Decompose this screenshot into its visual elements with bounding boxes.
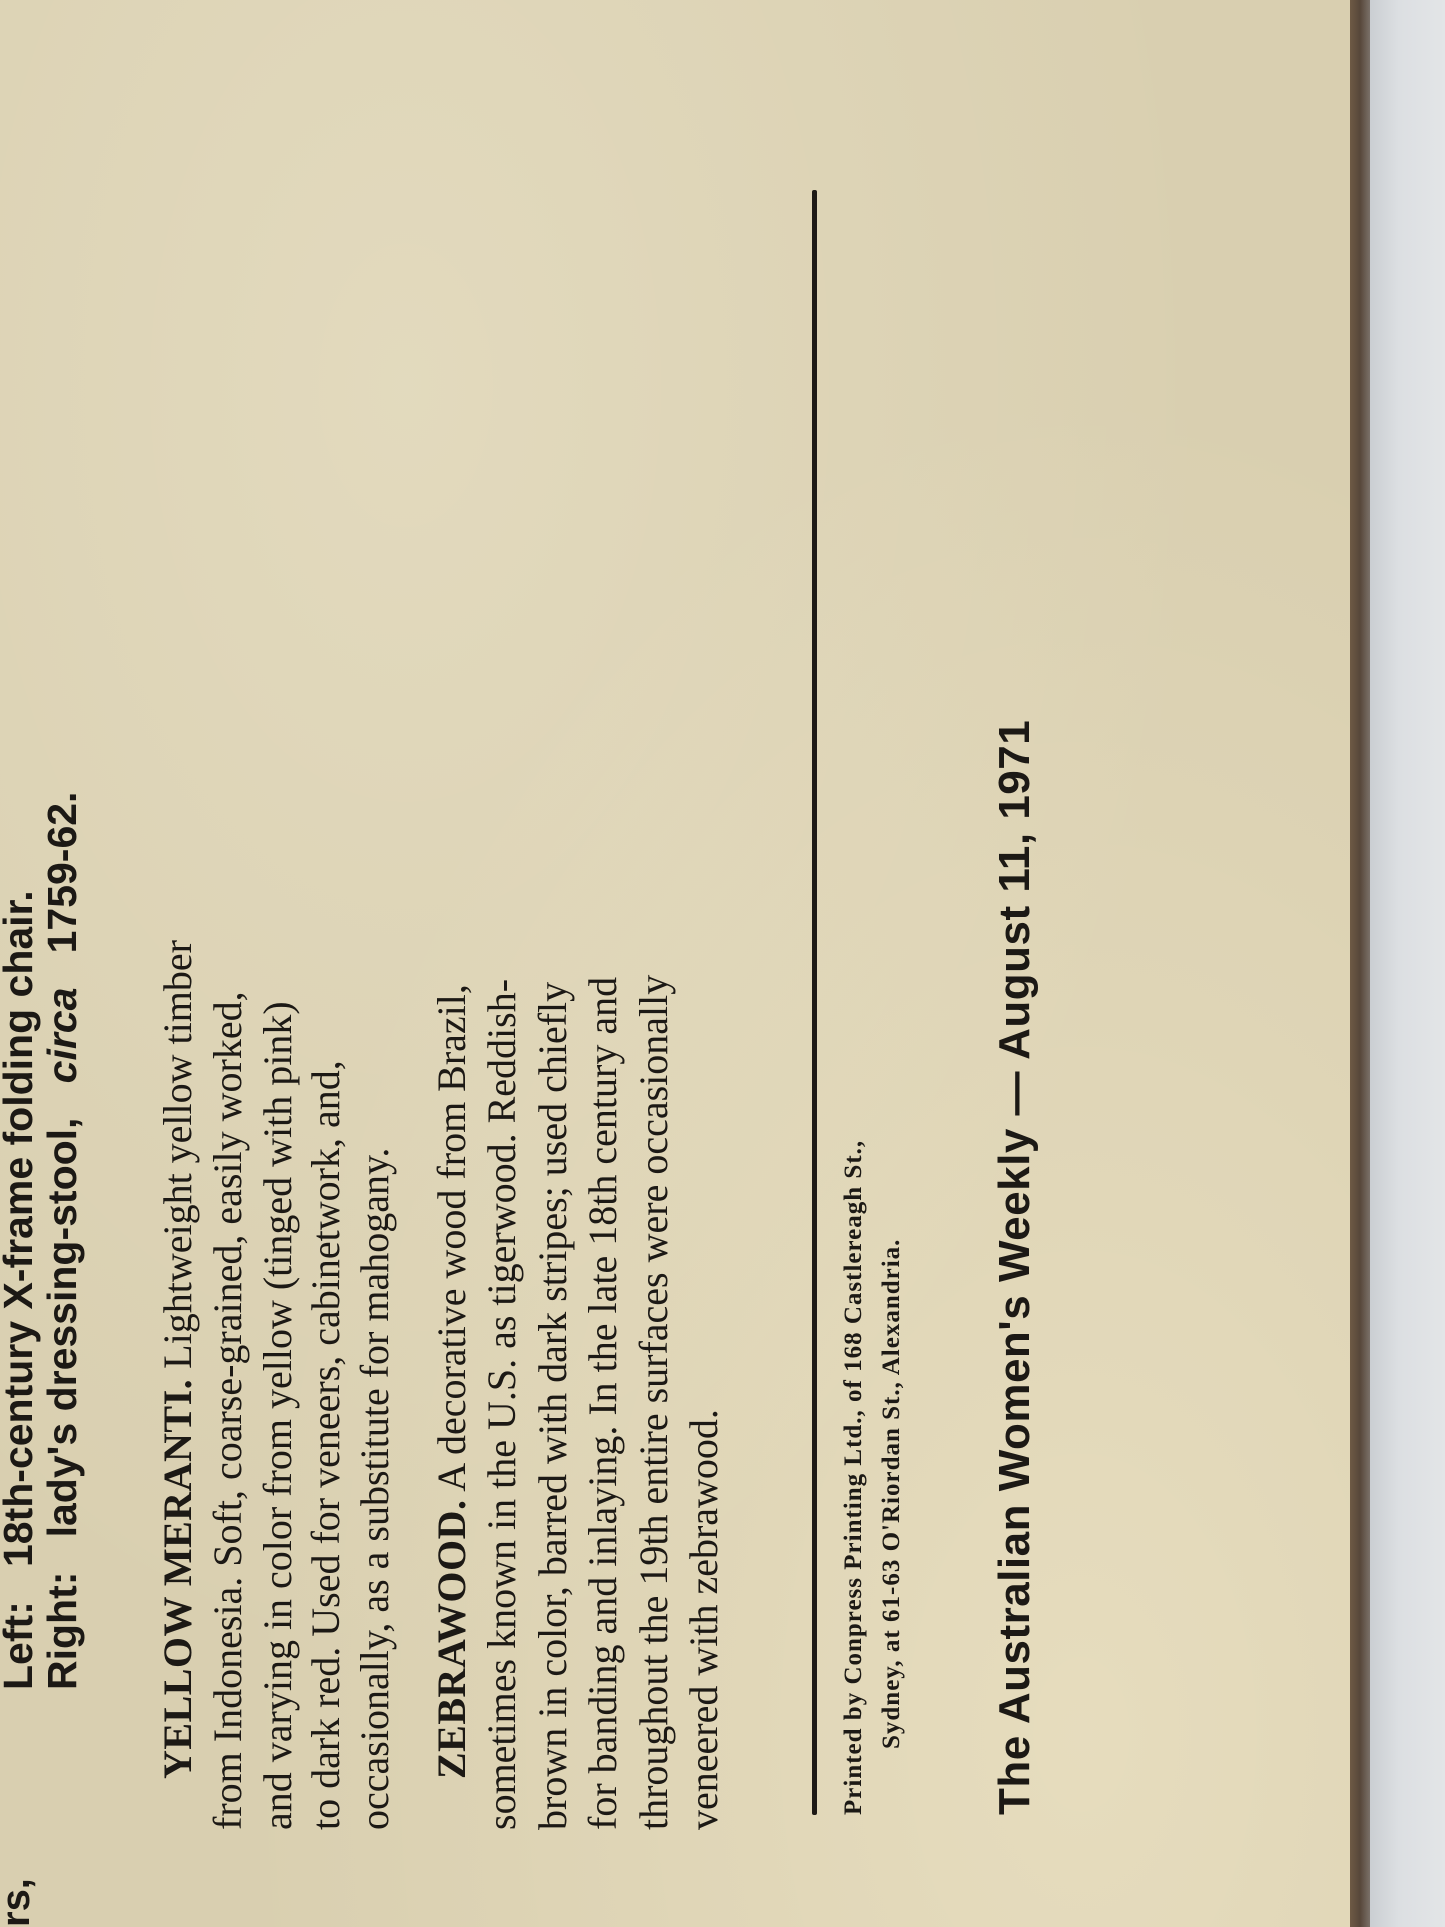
rotated-page-content: rs, Left: 18th-century X-frame folding c… <box>0 0 1352 1927</box>
entry-line: from Indonesia. Soft, coarse-grained, ea… <box>208 991 248 1830</box>
entry-line: throughout the 19th entire surfaces were… <box>634 975 674 1830</box>
cut-off-fragment: rs, <box>0 1878 39 1927</box>
caption-left: Left: 18th-century X-frame folding chair… <box>0 890 39 1690</box>
page-edge-shadow <box>1350 0 1370 1927</box>
entry-line: sometimes known in the U.S. as tigerwood… <box>482 979 522 1830</box>
background-surface <box>1368 0 1445 1927</box>
entry-heading: ZEBRAWOOD. <box>429 1500 474 1780</box>
entry-line: occasionally, as a substitute for mahoga… <box>355 1148 395 1830</box>
entry-line: and varying in color from yellow (tinged… <box>258 1001 298 1830</box>
entry-line: for banding and inlaying. In the late 18… <box>583 977 623 1830</box>
printer-imprint-line-1: Printed by Conpress Printing Ltd., of 16… <box>840 1140 868 1815</box>
caption-right: Right: lady's dressing-stool, circa 1759… <box>42 160 83 1690</box>
entry-yellow-meranti: YELLOW MERANTI. Lightweight yellow timbe… <box>158 940 198 1779</box>
entry-line: veneered with zebrawood. <box>684 1409 724 1830</box>
entry-heading: YELLOW MERANTI. <box>155 1379 200 1779</box>
entry-zebrawood: ZEBRAWOOD. A decorative wood from Brazil… <box>432 984 472 1779</box>
masthead-date-line: The Australian Women's Weekly — August 1… <box>990 720 1040 1815</box>
entry-line: to dark red. Used for veneers, cabinetwo… <box>306 1060 346 1830</box>
entry-line: brown in color, barred with dark stripes… <box>533 982 573 1830</box>
horizontal-rule <box>812 190 817 1815</box>
printer-imprint-line-2: Sydney, at 61-63 O'Riordan St., Alexandr… <box>878 1239 906 1749</box>
